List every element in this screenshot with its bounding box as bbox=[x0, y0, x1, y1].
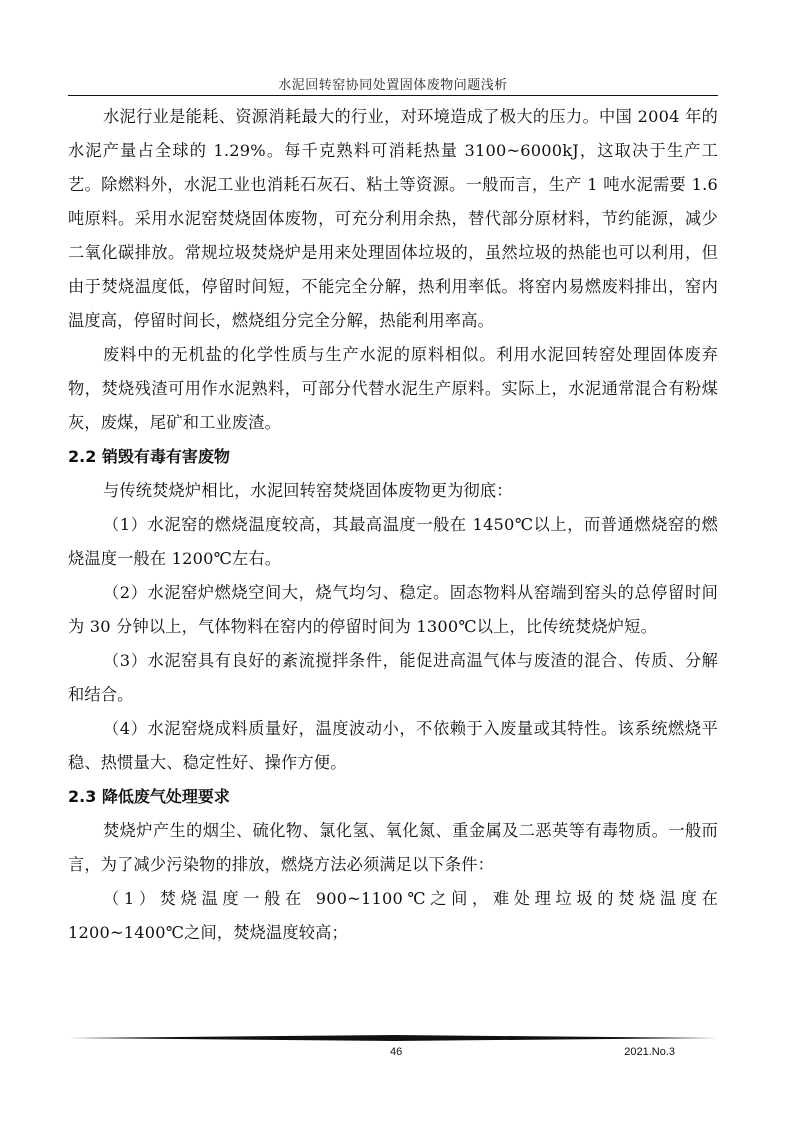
list-item: （2）水泥窑炉燃烧空间大，烧气均匀、稳定。固态物料从窑端到窑头的总停留时间为 3… bbox=[68, 576, 718, 644]
paragraph: 与传统焚烧炉相比，水泥回转窑焚烧固体废物更为彻底： bbox=[68, 474, 718, 508]
paragraph: 废料中的无机盐的化学性质与生产水泥的原料相似。利用水泥回转窑处理固体废弃物，焚烧… bbox=[68, 338, 718, 440]
list-item: （3）水泥窑具有良好的紊流搅拌条件，能促进高温气体与废渣的混合、传质、分解和结合… bbox=[68, 644, 718, 712]
section-heading-2-2: 2.2 销毁有毒有害废物 bbox=[68, 440, 718, 474]
issue-number: 2021.No.3 bbox=[624, 1046, 675, 1058]
list-item: （1）水泥窑的燃烧温度较高，其最高温度一般在 1450℃以上，而普通燃烧窑的燃烧… bbox=[68, 508, 718, 576]
list-item: （4）水泥窑烧成料质量好，温度波动小，不依赖于入废量或其特性。该系统燃烧平稳、热… bbox=[68, 712, 718, 780]
page-number: 46 bbox=[390, 1046, 402, 1058]
section-heading-2-3: 2.3 降低废气处理要求 bbox=[68, 780, 718, 814]
page-body: 水泥行业是能耗、资源消耗最大的行业，对环境造成了极大的压力。中国 2004 年的… bbox=[68, 100, 718, 950]
list-item: （1）焚烧温度一般在 900~1100℃之间，难处理垃圾的焚烧温度在 1200~… bbox=[68, 882, 718, 950]
paragraph: 水泥行业是能耗、资源消耗最大的行业，对环境造成了极大的压力。中国 2004 年的… bbox=[68, 100, 718, 338]
footer-rule bbox=[68, 1035, 718, 1041]
header-rule bbox=[68, 95, 718, 96]
running-header-title: 水泥回转窑协同处置固体废物问题浅析 bbox=[68, 74, 718, 93]
paragraph: 焚烧炉产生的烟尘、硫化物、氯化氢、氧化氮、重金属及二恶英等有毒物质。一般而言，为… bbox=[68, 814, 718, 882]
